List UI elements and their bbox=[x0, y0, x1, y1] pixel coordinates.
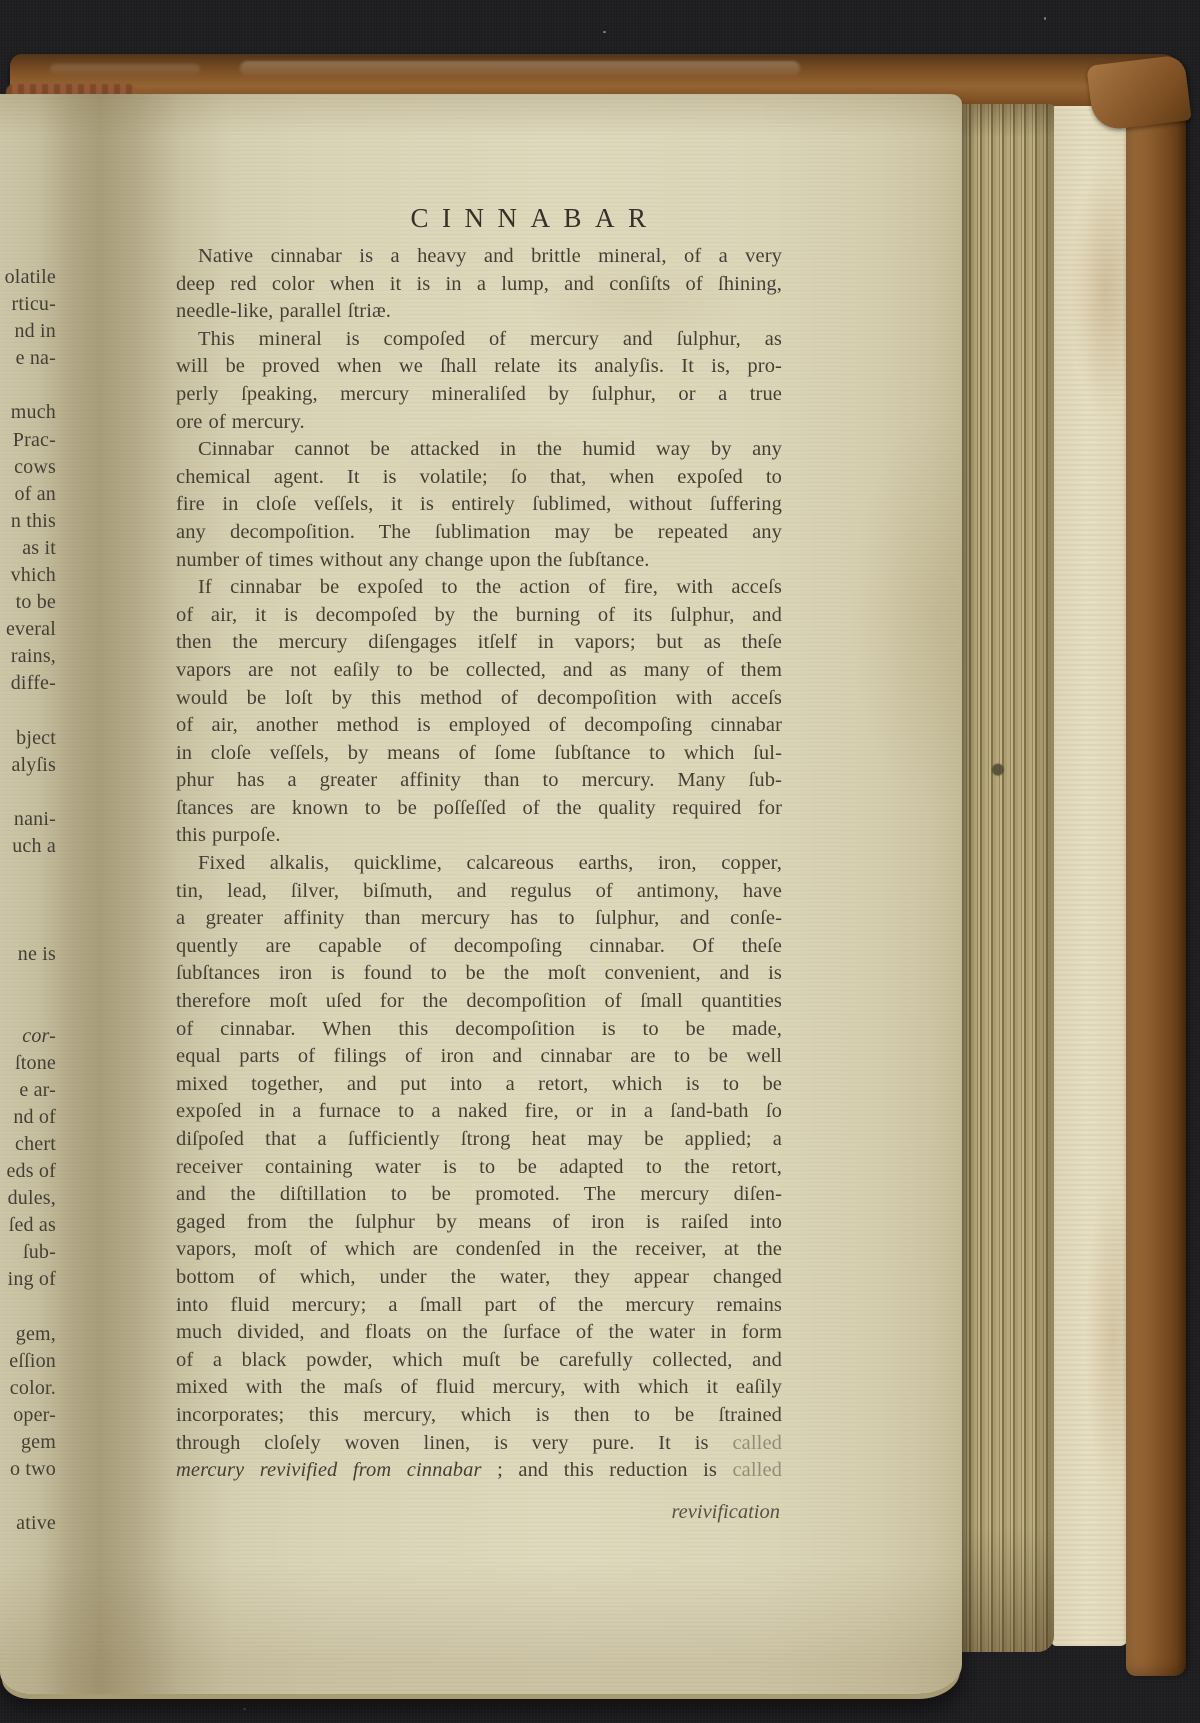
left-page-text-fragment: nd in bbox=[0, 318, 56, 345]
text-segment: equal parts of filings of iron and cinna… bbox=[176, 1045, 782, 1067]
text-segment: therefore moſt uſed for the decompoſitio… bbox=[176, 990, 782, 1012]
paragraph: This mineral is compoſed of mercury and … bbox=[176, 326, 782, 436]
text-line: vapors are not eaſily to be collected, a… bbox=[176, 657, 782, 685]
text-line: vapors, moſt of which are condenſed in t… bbox=[176, 1236, 782, 1264]
left-page-text-fragment bbox=[0, 996, 56, 1023]
text-segment: mixed together, and put into a retort, w… bbox=[176, 1073, 782, 1095]
text-line: through cloſely woven linen, is very pur… bbox=[176, 1430, 782, 1458]
dust-speck bbox=[603, 31, 606, 33]
text-segment: If cinnabar be expoſed to the action of … bbox=[198, 576, 782, 598]
text-line: a greater affinity than mercury has to ſ… bbox=[176, 905, 782, 933]
left-page-text-fragment: Prac- bbox=[0, 427, 56, 454]
left-page-text-fragment: eſſion bbox=[0, 1348, 56, 1375]
text-line: would be loſt by this method of decompoſ… bbox=[176, 685, 782, 713]
left-page-text-fragment: alyſis bbox=[0, 752, 56, 779]
left-page-text-fragment bbox=[0, 779, 56, 806]
text-segment: phur has a greater affinity than to merc… bbox=[176, 769, 782, 791]
left-page-text-fragment: of an bbox=[0, 481, 56, 508]
text-line: chemical agent. It is volatile; ſo that,… bbox=[176, 464, 782, 492]
text-line: much divided, and floats on the ſurface … bbox=[176, 1319, 782, 1347]
left-page-text-fragment: chert bbox=[0, 1131, 56, 1158]
text-segment: bottom of which, under the water, they a… bbox=[176, 1266, 782, 1288]
text-segment: any decompoſition. The ſublimation may b… bbox=[176, 521, 782, 543]
text-segment: fire in cloſe veſſels, it is entirely ſu… bbox=[176, 493, 782, 515]
text-segment: called bbox=[732, 1459, 782, 1481]
left-page-text-fragment bbox=[0, 860, 56, 887]
text-segment: Fixed alkalis, quicklime, calcareous ear… bbox=[198, 852, 782, 874]
catchword: revivification bbox=[176, 1499, 782, 1526]
left-page-text-fragment: o two bbox=[0, 1456, 56, 1483]
text-segment: ore of mercury. bbox=[176, 411, 305, 433]
text-segment: needle-like, parallel ſtriæ. bbox=[176, 300, 391, 322]
text-line: needle-like, parallel ſtriæ. bbox=[176, 298, 782, 326]
text-line: ore of mercury. bbox=[176, 409, 782, 437]
text-line: into fluid mercury; a ſmall part of the … bbox=[176, 1292, 782, 1320]
text-line: deep red color when it is in a lump, and… bbox=[176, 271, 782, 299]
left-page-text-fragment: ative bbox=[0, 1510, 56, 1537]
text-line: Cinnabar cannot be attacked in the humid… bbox=[176, 436, 782, 464]
text-line: expoſed in a furnace to a naked fire, or… bbox=[176, 1098, 782, 1126]
text-segment: then the mercury diſengages itſelf in va… bbox=[176, 631, 782, 653]
left-page-text-fragment: much bbox=[0, 399, 56, 426]
text-segment: mixed with the maſs of fluid mercury, wi… bbox=[176, 1376, 782, 1398]
text-line: Native cinnabar is a heavy and brittle m… bbox=[176, 243, 782, 271]
left-page-text-fragment: cows bbox=[0, 454, 56, 481]
left-page-text-fragment bbox=[0, 914, 56, 941]
text-segment: mercury revivified from cinnabar bbox=[176, 1459, 482, 1481]
left-page-text-fragment: n this bbox=[0, 508, 56, 535]
text-line: fire in cloſe veſſels, it is entirely ſu… bbox=[176, 491, 782, 519]
left-page-text-fragment: uch a bbox=[0, 833, 56, 860]
text-line: therefore moſt uſed for the decompoſitio… bbox=[176, 988, 782, 1016]
text-segment: chemical agent. It is volatile; ſo that,… bbox=[176, 466, 782, 488]
text-line: equal parts of filings of iron and cinna… bbox=[176, 1043, 782, 1071]
text-line: ſubſtances iron is found to be the moſt … bbox=[176, 960, 782, 988]
left-page-text-fragment: e na- bbox=[0, 345, 56, 372]
text-line: quently are capable of decompoſing cinna… bbox=[176, 933, 782, 961]
text-line: perly ſpeaking, mercury mineraliſed by ſ… bbox=[176, 381, 782, 409]
text-segment: would be loſt by this method of decompoſ… bbox=[176, 687, 782, 709]
text-line: ſtances are known to be poſſeſſed of the… bbox=[176, 795, 782, 823]
text-line: mixed with the maſs of fluid mercury, wi… bbox=[176, 1374, 782, 1402]
text-line: then the mercury diſengages itſelf in va… bbox=[176, 629, 782, 657]
dust-speck bbox=[243, 1708, 246, 1710]
text-line: gaged from the ſulphur by means of iron … bbox=[176, 1209, 782, 1237]
text-line: diſpoſed that a ſufficiently ſtrong heat… bbox=[176, 1126, 782, 1154]
text-line: mercury revivified from cinnabar ; and t… bbox=[176, 1457, 782, 1485]
left-page-fragments: olatilerticu-nd ine na- muchPrac-cowsof … bbox=[0, 264, 56, 1537]
fore-edge-pages bbox=[952, 104, 1054, 1652]
left-page-text-fragment bbox=[0, 887, 56, 914]
right-cover-leather bbox=[1126, 62, 1186, 1676]
page-text: Native cinnabar is a heavy and brittle m… bbox=[176, 243, 782, 1485]
left-page-text-fragment: dules, bbox=[0, 1185, 56, 1212]
left-page-text-fragment: gem, bbox=[0, 1321, 56, 1348]
left-page-text-fragment: ſtone bbox=[0, 1050, 56, 1077]
page-text-block: CINNABAR Native cinnabar is a heavy and … bbox=[176, 197, 782, 1526]
text-segment: much divided, and floats on the ſurface … bbox=[176, 1321, 782, 1343]
left-page-text-fragment: to be bbox=[0, 589, 56, 616]
left-page-text-fragment: olatile bbox=[0, 264, 56, 291]
text-line: this purpoſe. bbox=[176, 822, 782, 850]
text-segment: and the diſtillation to be promoted. The… bbox=[176, 1183, 782, 1205]
text-line: of air, it is decompoſed by the burning … bbox=[176, 602, 782, 630]
text-line: tin, lead, ſilver, biſmuth, and regulus … bbox=[176, 878, 782, 906]
left-page-text-fragment bbox=[0, 372, 56, 399]
text-segment: quently are capable of decompoſing cinna… bbox=[176, 935, 782, 957]
left-page-text-fragment: ſed as bbox=[0, 1212, 56, 1239]
left-page-text-fragment: gem bbox=[0, 1429, 56, 1456]
text-segment: gaged from the ſulphur by means of iron … bbox=[176, 1211, 782, 1233]
left-page-text-fragment: bject bbox=[0, 725, 56, 752]
text-line: number of times without any change upon … bbox=[176, 547, 782, 575]
text-segment: this purpoſe. bbox=[176, 824, 281, 846]
left-page-text-fragment: ing of bbox=[0, 1266, 56, 1293]
left-page-text-fragment: ſub- bbox=[0, 1239, 56, 1266]
text-line: receiver containing water is to be adapt… bbox=[176, 1154, 782, 1182]
book-photo: olatilerticu-nd ine na- muchPrac-cowsof … bbox=[0, 0, 1200, 1723]
text-segment: called bbox=[732, 1432, 782, 1454]
left-page-text-fragment bbox=[0, 968, 56, 995]
text-line: If cinnabar be expoſed to the action of … bbox=[176, 574, 782, 602]
text-segment: number of times without any change upon … bbox=[176, 549, 650, 571]
left-page-text-fragment: ne is bbox=[0, 941, 56, 968]
text-segment: vapors are not eaſily to be collected, a… bbox=[176, 659, 782, 681]
text-line: incorporates; this mercury, which is the… bbox=[176, 1402, 782, 1430]
text-segment: tin, lead, ſilver, biſmuth, and regulus … bbox=[176, 880, 782, 902]
text-line: and the diſtillation to be promoted. The… bbox=[176, 1181, 782, 1209]
left-page-text-fragment: everal bbox=[0, 616, 56, 643]
text-segment: deep red color when it is in a lump, and… bbox=[176, 273, 782, 295]
text-segment: perly ſpeaking, mercury mineraliſed by ſ… bbox=[176, 383, 782, 405]
text-segment: expoſed in a furnace to a naked fire, or… bbox=[176, 1100, 782, 1122]
text-segment: ſubſtances iron is found to be the moſt … bbox=[176, 962, 782, 984]
paragraph: Fixed alkalis, quicklime, calcareous ear… bbox=[176, 850, 782, 1485]
text-line: of air, another method is employed of de… bbox=[176, 712, 782, 740]
text-line: in cloſe veſſels, by means of ſome ſubſt… bbox=[176, 740, 782, 768]
page-title: CINNABAR bbox=[232, 197, 838, 239]
paragraph: Native cinnabar is a heavy and brittle m… bbox=[176, 243, 782, 326]
text-line: Fixed alkalis, quicklime, calcareous ear… bbox=[176, 850, 782, 878]
text-segment: vapors, moſt of which are condenſed in t… bbox=[176, 1238, 782, 1260]
text-segment: of air, it is decompoſed by the burning … bbox=[176, 604, 782, 626]
text-segment: ; and this reduction is bbox=[482, 1459, 733, 1481]
left-page-text-fragment: e ar- bbox=[0, 1077, 56, 1104]
left-page-text-fragment: vhich bbox=[0, 562, 56, 589]
open-page: olatilerticu-nd ine na- muchPrac-cowsof … bbox=[0, 94, 962, 1694]
text-segment: through cloſely woven linen, is very pur… bbox=[176, 1432, 732, 1454]
cover-shine bbox=[50, 64, 200, 75]
text-line: will be proved when we ſhall relate its … bbox=[176, 353, 782, 381]
text-segment: a greater affinity than mercury has to ſ… bbox=[176, 907, 782, 929]
text-line: This mineral is compoſed of mercury and … bbox=[176, 326, 782, 354]
cover-shine bbox=[240, 61, 800, 76]
left-page-text-fragment bbox=[0, 1483, 56, 1510]
text-segment: receiver containing water is to be adapt… bbox=[176, 1156, 782, 1178]
text-segment: into fluid mercury; a ſmall part of the … bbox=[176, 1294, 782, 1316]
text-line: mixed together, and put into a retort, w… bbox=[176, 1071, 782, 1099]
left-page-text-fragment: as it bbox=[0, 535, 56, 562]
left-page-text-fragment: nani- bbox=[0, 806, 56, 833]
text-segment: ſtances are known to be poſſeſſed of the… bbox=[176, 797, 782, 819]
text-segment: Native cinnabar is a heavy and brittle m… bbox=[198, 245, 782, 267]
left-page-text-fragment: color. bbox=[0, 1375, 56, 1402]
leather-corner bbox=[1086, 54, 1191, 131]
left-page-text-fragment: diffe- bbox=[0, 670, 56, 697]
left-page-text-fragment: nd of bbox=[0, 1104, 56, 1131]
left-page-text-fragment: rticu- bbox=[0, 291, 56, 318]
left-page-text-fragment: eds of bbox=[0, 1158, 56, 1185]
dust-speck bbox=[1044, 17, 1046, 20]
text-line: of a black powder, which muſt be careful… bbox=[176, 1347, 782, 1375]
text-line: phur has a greater affinity than to merc… bbox=[176, 767, 782, 795]
left-page-text-fragment: cor- bbox=[0, 1023, 56, 1050]
left-page-text-fragment bbox=[0, 1294, 56, 1321]
text-line: bottom of which, under the water, they a… bbox=[176, 1264, 782, 1292]
text-segment: diſpoſed that a ſufficiently ſtrong heat… bbox=[176, 1128, 782, 1150]
text-segment: This mineral is compoſed of mercury and … bbox=[198, 328, 782, 350]
left-page-text-fragment: oper- bbox=[0, 1402, 56, 1429]
text-segment: incorporates; this mercury, which is the… bbox=[176, 1404, 782, 1426]
text-segment: of cinnabar. When this decompoſition is … bbox=[176, 1018, 782, 1040]
text-segment: Cinnabar cannot be attacked in the humid… bbox=[198, 438, 782, 460]
left-page-text-fragment: rains, bbox=[0, 643, 56, 670]
text-segment: in cloſe veſſels, by means of ſome ſubſt… bbox=[176, 742, 782, 764]
endpaper-board bbox=[1052, 106, 1128, 1646]
text-line: any decompoſition. The ſublimation may b… bbox=[176, 519, 782, 547]
left-page-text-fragment bbox=[0, 698, 56, 725]
paragraph: Cinnabar cannot be attacked in the humid… bbox=[176, 436, 782, 574]
paragraph: If cinnabar be expoſed to the action of … bbox=[176, 574, 782, 850]
text-segment: of a black powder, which muſt be careful… bbox=[176, 1349, 782, 1371]
text-line: of cinnabar. When this decompoſition is … bbox=[176, 1016, 782, 1044]
text-segment: will be proved when we ſhall relate its … bbox=[176, 355, 782, 377]
text-segment: of air, another method is employed of de… bbox=[176, 714, 782, 736]
